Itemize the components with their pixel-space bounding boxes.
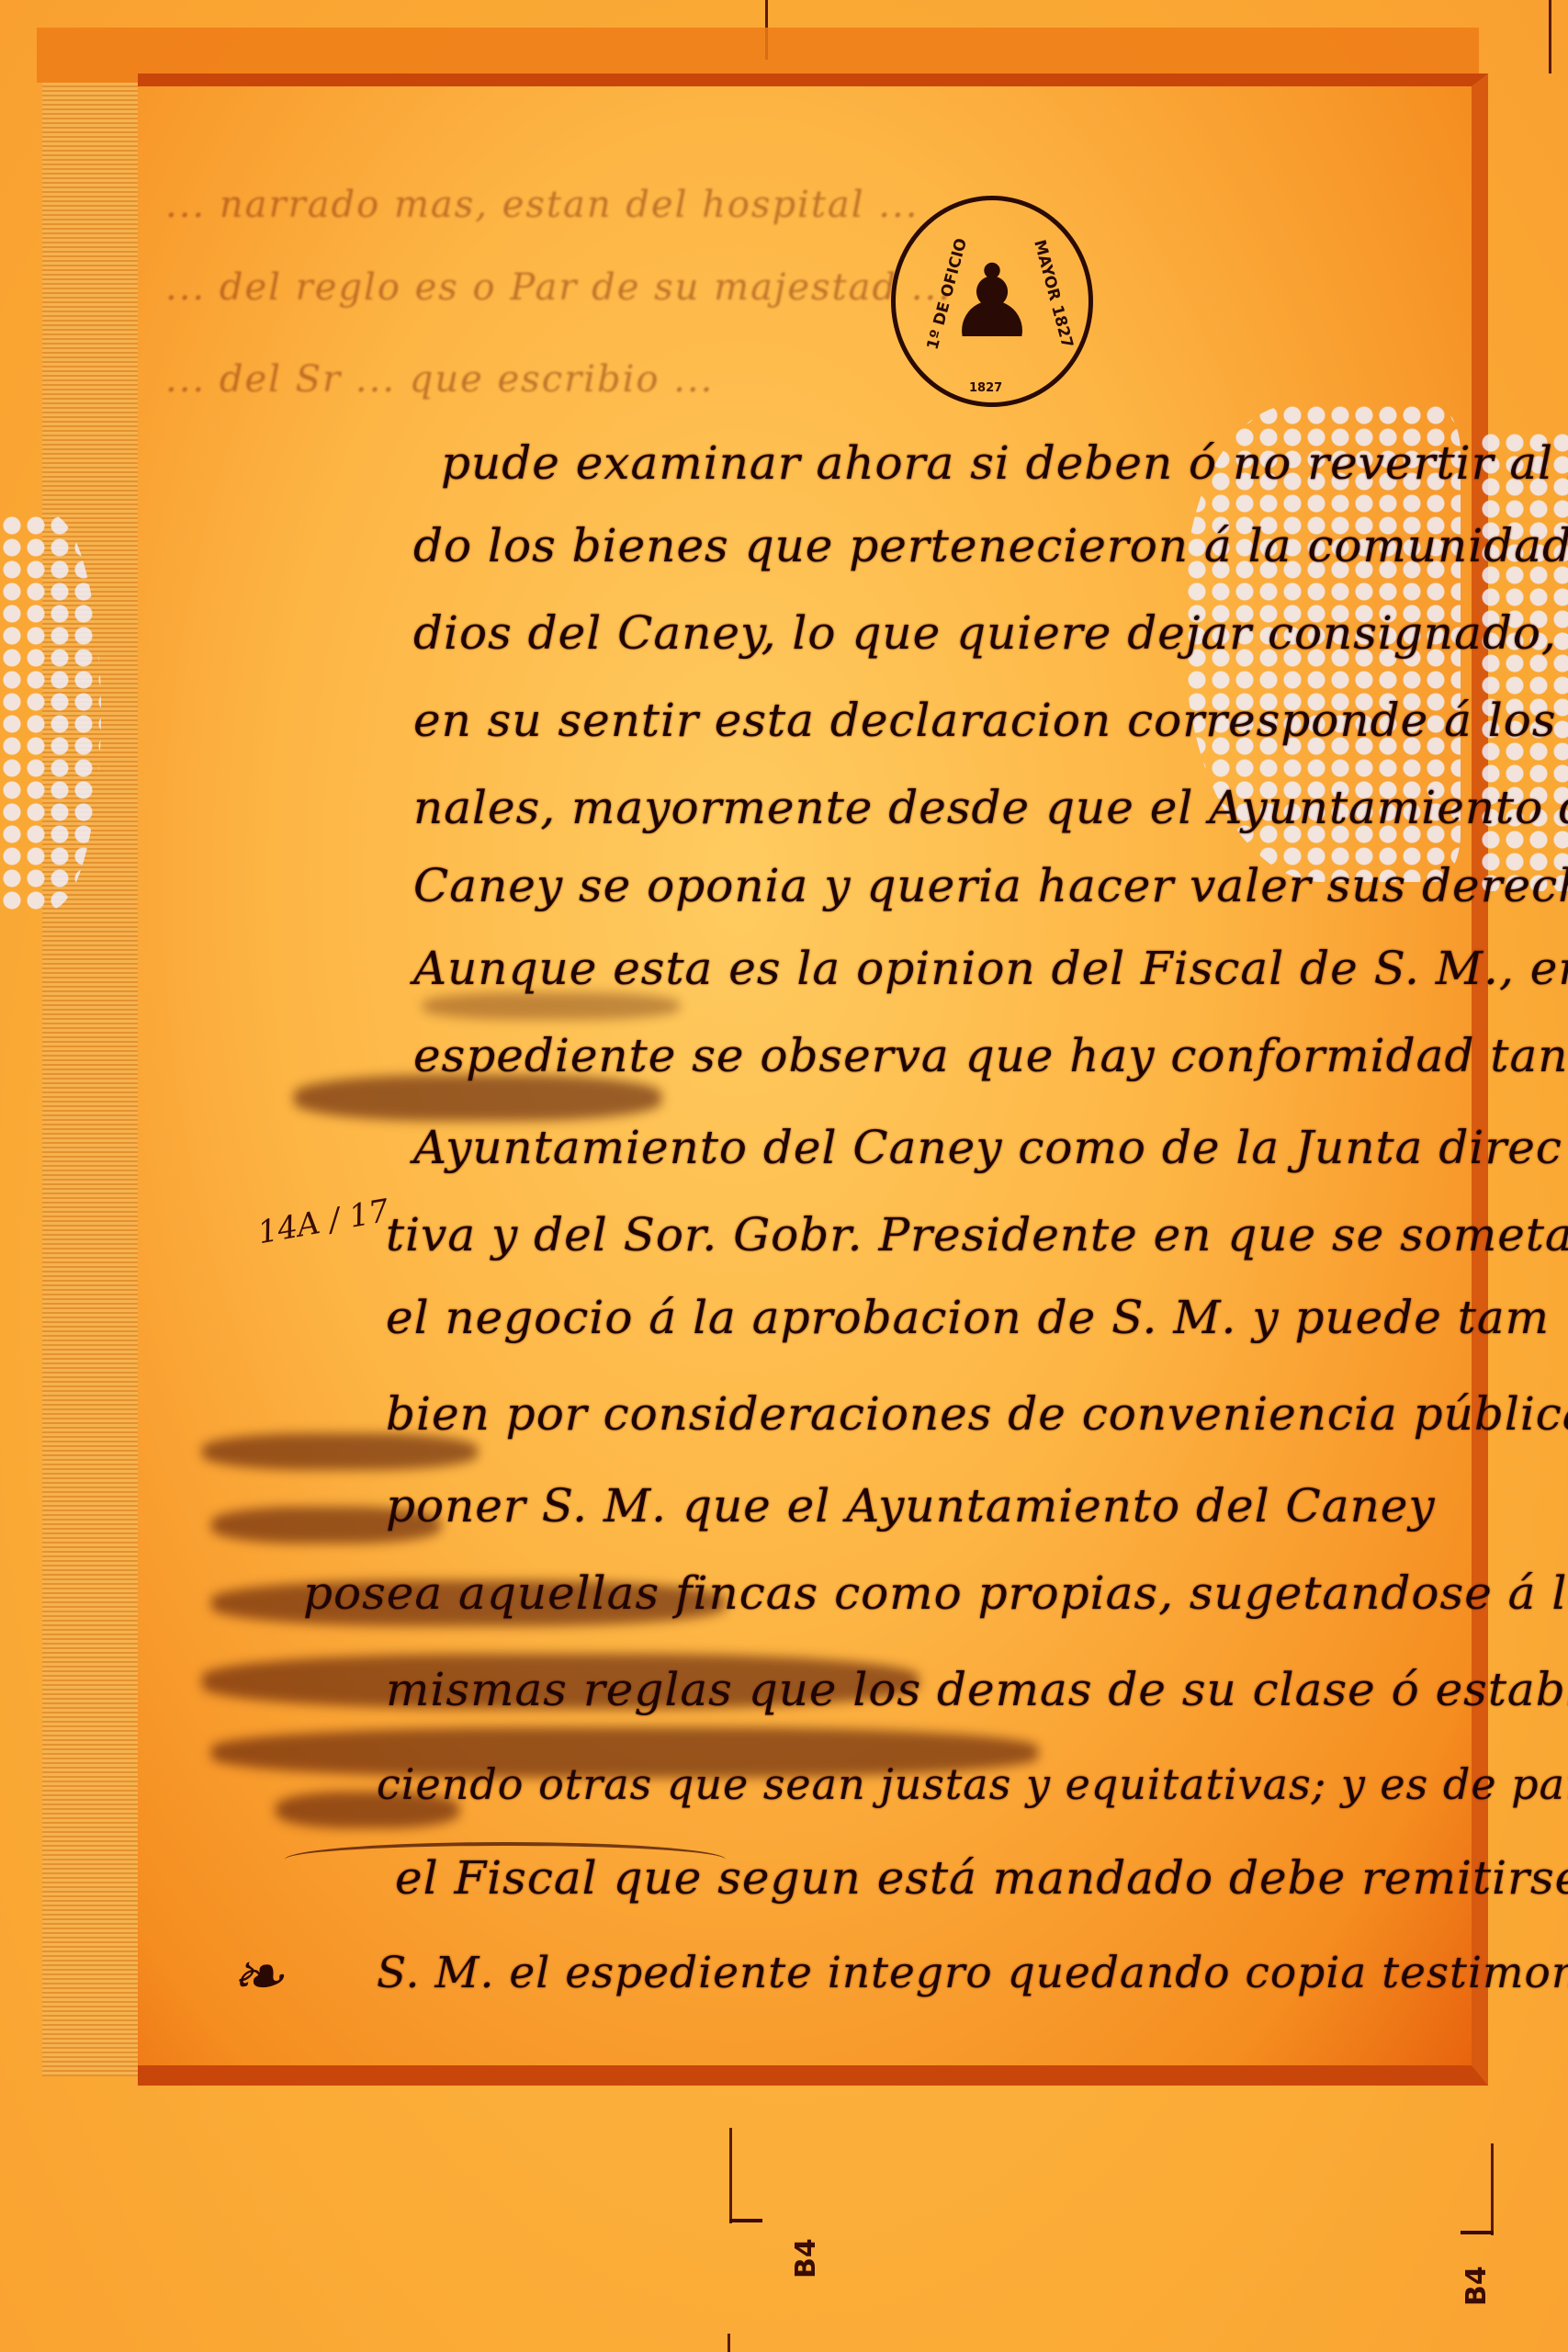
official-seal-stamp: 1º DE OFICIO MAYOR 1827 ♟ 1827 [891, 196, 1093, 407]
registration-label-left: B4 [790, 2238, 822, 2278]
rubric-flourish: ❧ [230, 1939, 284, 2014]
manuscript-line: pude examinar ahora si deben ó no revert… [441, 436, 1568, 490]
registration-mark-bottom-right-foot [1461, 2231, 1494, 2234]
manuscript-line: poner S. M. que el Ayuntamiento del Cane… [386, 1479, 1436, 1532]
manuscript-line: el negocio á la aprobacion de S. M. y pu… [386, 1291, 1550, 1344]
manuscript-line: ciendo otras que sean justas y equitativ… [377, 1759, 1568, 1809]
manuscript-line: Caney se oponia y queria hacer valer sus… [413, 859, 1568, 912]
manuscript-line: do los bienes que pertenecieron á la com… [413, 519, 1568, 572]
registration-mark-top-right [1549, 0, 1551, 73]
manuscript-line: en su sentir esta declaracion correspond… [413, 694, 1568, 747]
manuscript-line: posea aquellas fincas como propias, suge… [303, 1566, 1568, 1620]
manuscript-line: nales, mayormente desde que el Ayuntamie… [413, 781, 1568, 834]
registration-label-right: B4 [1461, 2266, 1493, 2306]
manuscript-line: dios del Caney, lo que quiere dejar cons… [413, 606, 1568, 660]
ink-bleed-blot [423, 992, 680, 1020]
stain-left-margin [0, 514, 101, 910]
manuscript-line: mismas reglas que los demas de su clase … [386, 1663, 1568, 1716]
manuscript-line: Aunque esta es la opinion del Fiscal de … [413, 942, 1568, 995]
bleed-through-line: ... narrado mas, estan del hospital ... [165, 184, 919, 226]
pen-flourish-stroke [285, 1842, 726, 1877]
bleed-through-line: ... del Sr ... que escribio ... [165, 358, 714, 401]
registration-mark-bottom-left-foot [729, 2219, 762, 2222]
registration-mark-bottom-right [1491, 2143, 1494, 2235]
seal-bottom-text: 1827 [969, 381, 1002, 395]
bleed-through-line: ... del reglo es o Par de su majestad ..… [165, 266, 952, 309]
manuscript-line: tiva y del Sor. Gobr. Presidente en que … [386, 1208, 1568, 1261]
book-spine [42, 83, 149, 2076]
registration-mark-bottom-left [729, 2128, 732, 2223]
manuscript-line: S. M. el espediente integro quedando cop… [377, 1948, 1568, 1998]
manuscript-line: espediente se observa que hay conformida… [413, 1029, 1568, 1082]
registration-mark-bottom-edge [728, 2334, 730, 2352]
manuscript-line: Ayuntamiento del Caney como de la Junta … [413, 1121, 1562, 1174]
manuscript-line: bien por consideraciones de conveniencia… [386, 1387, 1568, 1441]
